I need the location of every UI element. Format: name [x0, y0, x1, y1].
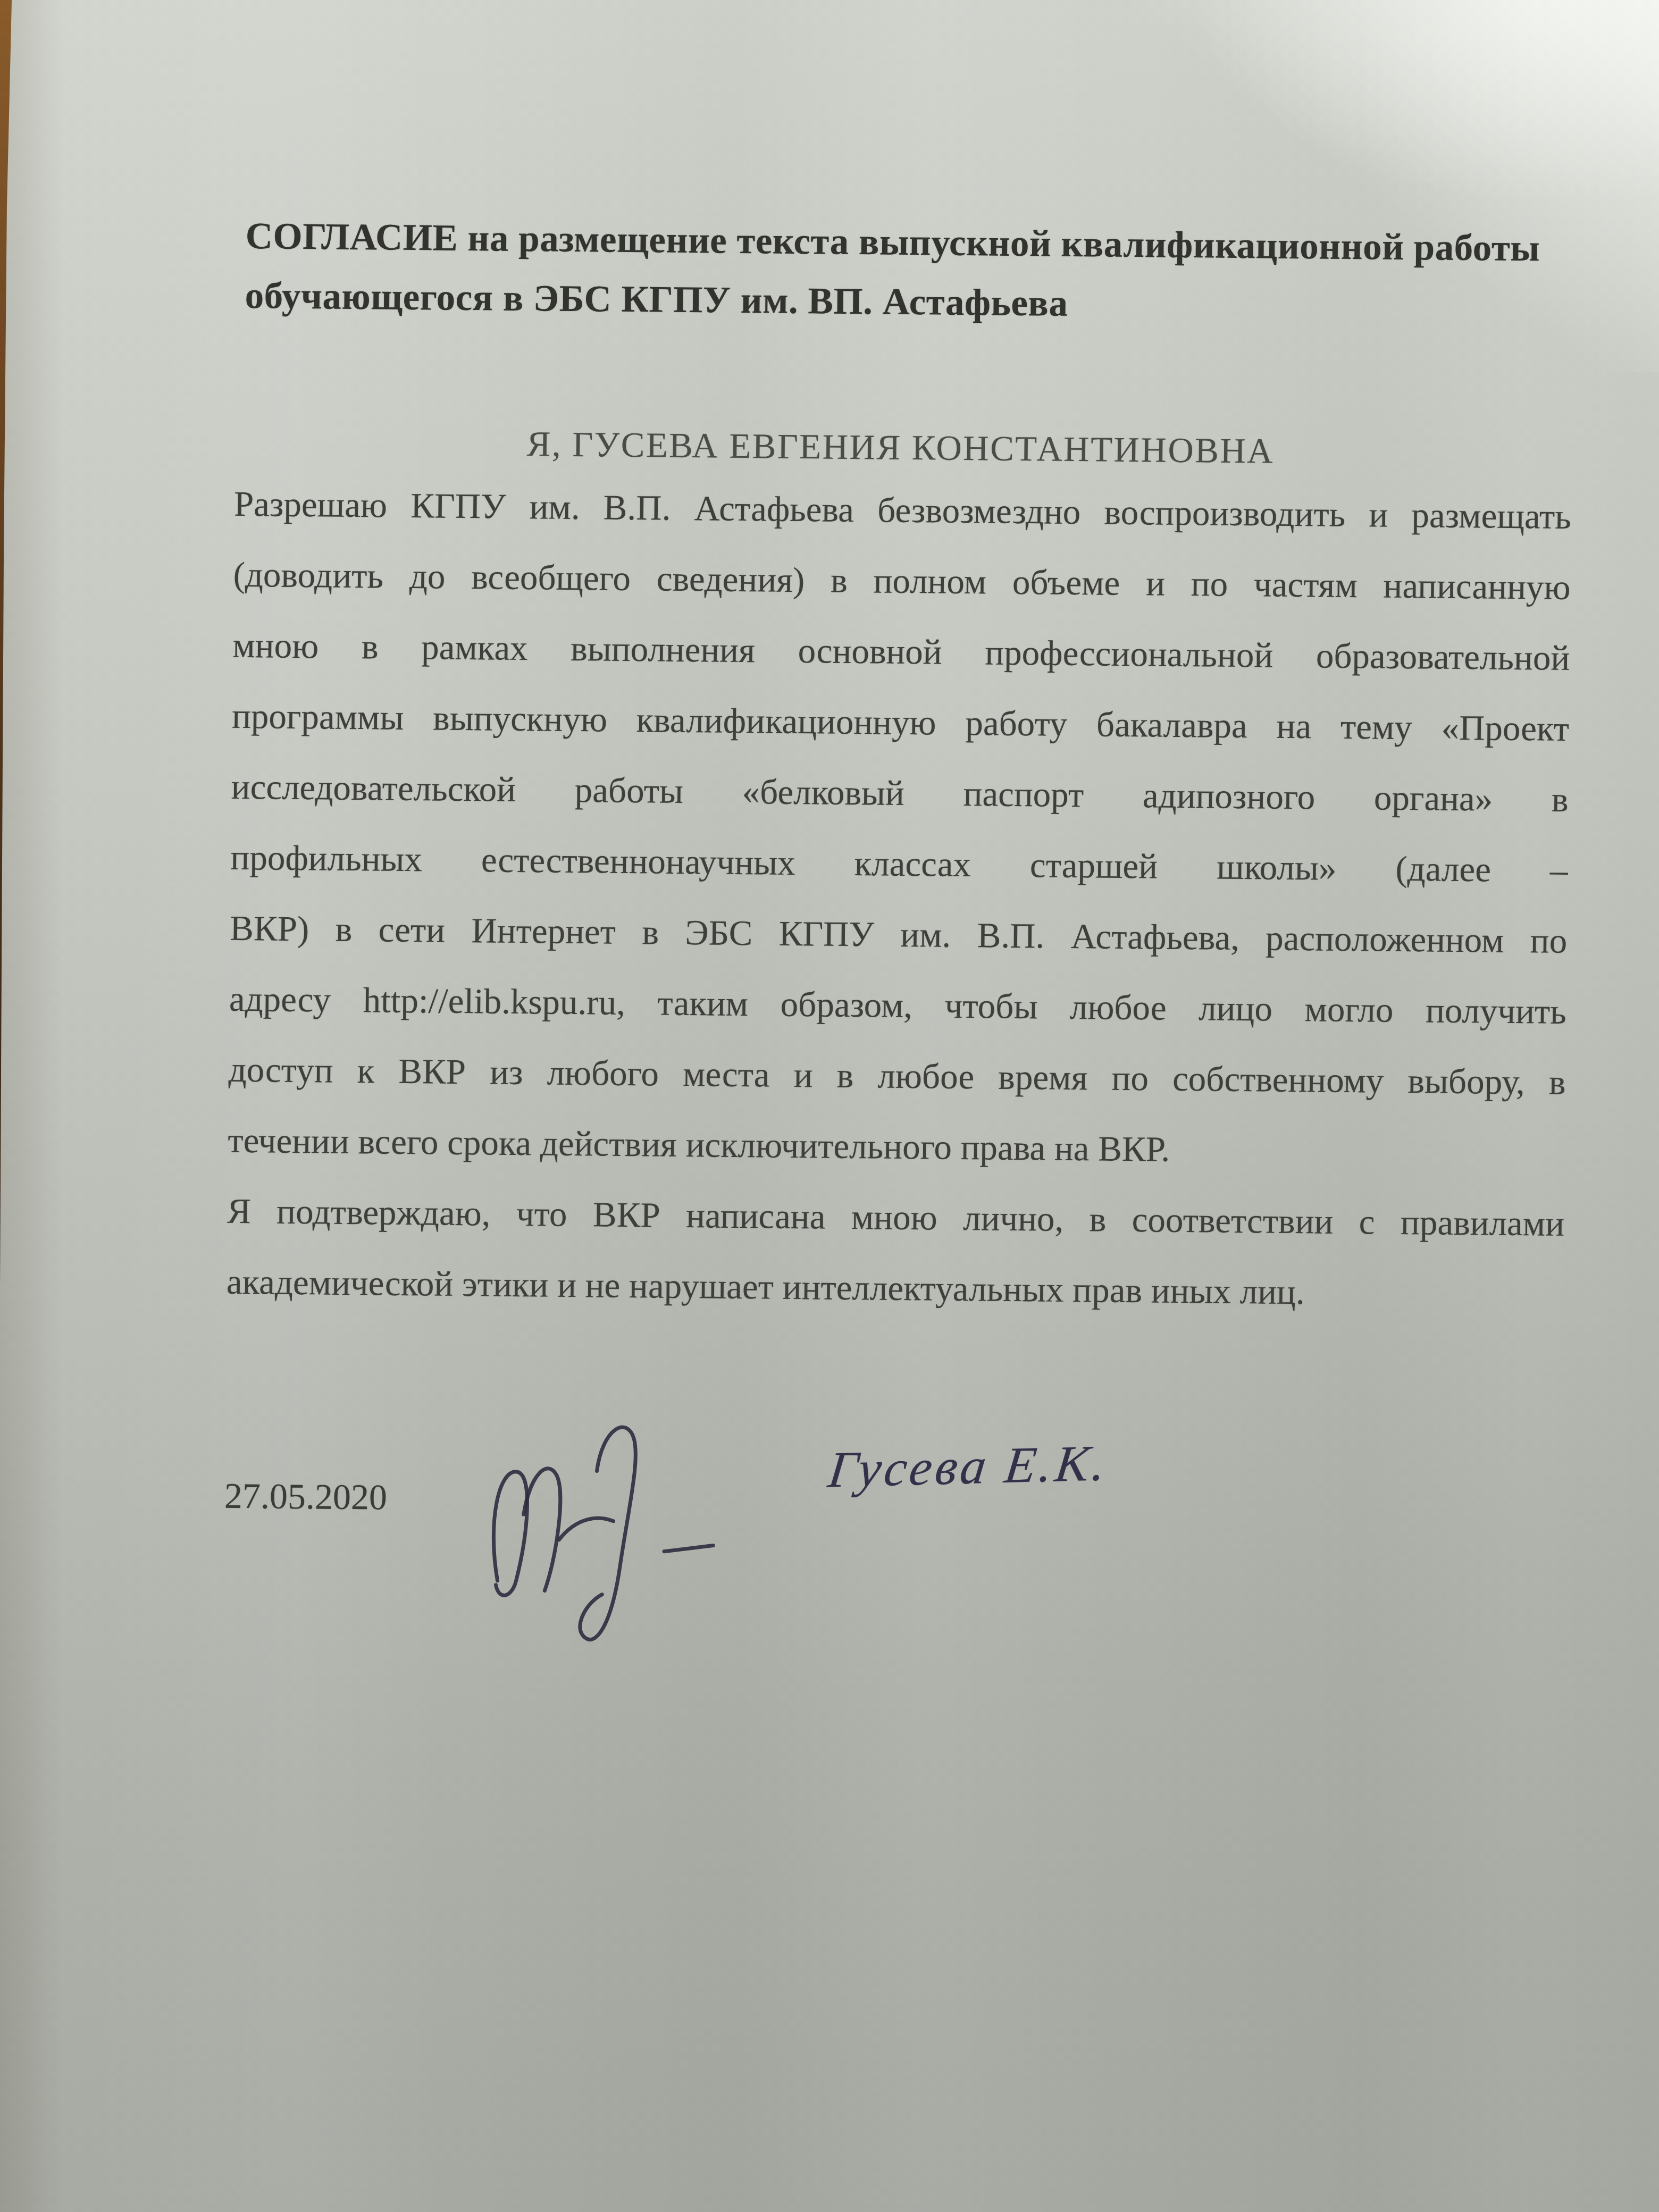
affirmation-line: академической этики и не нарушает интелл… [226, 1247, 1564, 1330]
handwritten-name: Гусева Е.К. [825, 1433, 1112, 1499]
signature-block: 27.05.2020 Гусева Е.К. [222, 1413, 1563, 1745]
consent-line: доступ к ВКР из любого места и в любое в… [228, 1035, 1566, 1118]
consent-line: исследовательской работы «белковый паспо… [231, 752, 1569, 835]
consent-line: адресу http://elib.kspu.ru, таким образо… [229, 964, 1566, 1048]
document-title: СОГЛАСИЕ на размещение текста выпускной … [245, 206, 1579, 338]
declarant-name-line: Я, ГУСЕВА ЕВГЕНИЯ КОНСТАНТИНОВНА [234, 420, 1567, 475]
consent-paragraph: Разрешаю КГПУ им. В.П. Астафьева безвозм… [228, 469, 1572, 1189]
date-text: 27.05.2020 [224, 1475, 388, 1519]
consent-line: Разрешаю КГПУ им. В.П. Астафьева безвозм… [233, 469, 1571, 552]
consent-line: профильных естественнонаучных классах ст… [230, 823, 1568, 906]
handwritten-signature [435, 1405, 853, 1674]
affirmation-paragraph: Я подтверждаю, что ВКР написана мною лич… [226, 1176, 1564, 1330]
document-sheet: СОГЛАСИЕ на размещение текста выпускной … [0, 0, 1659, 1746]
consent-line: программы выпускную квалификационную раб… [231, 681, 1569, 765]
photo-of-document: СОГЛАСИЕ на размещение текста выпускной … [0, 0, 1659, 2212]
consent-line: течении всего срока действия исключитель… [228, 1105, 1565, 1189]
consent-line: ВКР) в сети Интернет в ЭБС КГПУ им. В.П.… [230, 893, 1568, 977]
consent-line: (доводить до всеобщего сведения) в полно… [233, 540, 1571, 623]
affirmation-line: Я подтверждаю, что ВКР написана мною лич… [227, 1176, 1565, 1260]
consent-line: мною в рамках выполнения основной профес… [232, 610, 1570, 694]
